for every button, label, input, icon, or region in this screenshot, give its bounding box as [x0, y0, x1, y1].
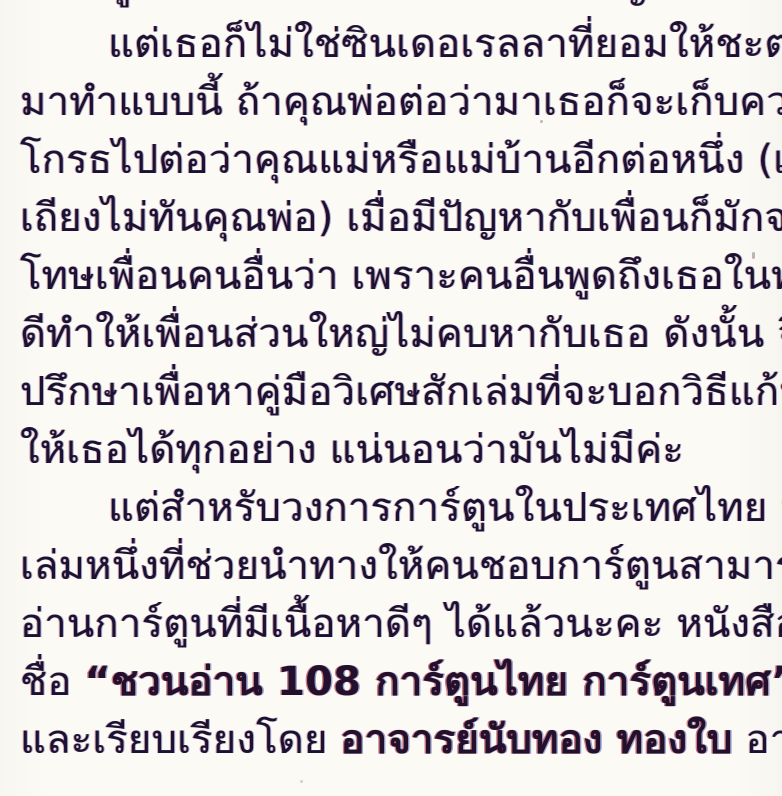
scan-speck: [752, 252, 755, 259]
clipped-text-line: ผู้เป็นหัวหน้าครอบครัวหน้าใหญ่ในบ้านนี้: [20, 0, 760, 15]
text-line: และเรียบเรียงโดย อาจารย์นับทอง ทองใบ อาจ…: [20, 711, 760, 769]
author-name: อาจารย์นับทอง ทองใบ: [341, 717, 733, 763]
text-segment: มาทำแบบนี้ ถ้าคุณพ่อต่อว่ามาเธอก็จะเก็บค…: [20, 79, 782, 125]
scan-speck: [300, 780, 303, 783]
text-line: ให้เธอได้ทุกอย่าง แน่นอนว่ามันไม่มีค่ะ: [20, 421, 760, 479]
text-line: เล่มหนึ่งที่ช่วยนำทางให้คนชอบการ์ตูนสามา…: [20, 537, 760, 595]
text-segment: อ่านการ์ตูนที่มีเนื้อหาดีๆ ได้แล้วนะคะ ห…: [20, 601, 782, 647]
scan-speck: [540, 120, 543, 123]
text-line: ปรึกษาเพื่อหาคู่มือวิเศษสักเล่มที่จะบอกว…: [20, 363, 760, 421]
text-segment: โทษเพื่อนคนอื่นว่า เพราะคนอื่นพูดถึงเธอใ…: [20, 253, 782, 299]
text-segment: ปรึกษาเพื่อหาคู่มือวิเศษสักเล่มที่จะบอกว…: [20, 369, 782, 415]
text-line: ชื่อ “ชวนอ่าน 108 การ์ตูนไทย การ์ตูนเทศ”…: [20, 653, 760, 711]
text-segment: อาจารย์: [733, 717, 782, 763]
text-line: แต่สำหรับวงการการ์ตูนในประเทศไทย มีคู่มื…: [20, 479, 760, 537]
text-line: อ่านการ์ตูนที่มีเนื้อหาดีๆ ได้แล้วนะคะ ห…: [20, 595, 760, 653]
text-line: มาทำแบบนี้ ถ้าคุณพ่อต่อว่ามาเธอก็จะเก็บค…: [20, 73, 760, 131]
clipped-text: ผู้เป็นหัวหน้าครอบครัวหน้าใหญ่ในบ้านนี้: [20, 0, 760, 13]
text-segment: ให้เธอได้ทุกอย่าง แน่นอนว่ามันไม่มีค่ะ: [20, 427, 684, 473]
text-segment: และเรียบเรียงโดย: [20, 717, 341, 763]
text-segment: เถียงไม่ทันคุณพ่อ) เมื่อมีปัญหากับเพื่อน…: [20, 195, 782, 241]
scanned-page: ผู้เป็นหัวหน้าครอบครัวหน้าใหญ่ในบ้านนี้ …: [0, 0, 782, 796]
text-segment: แต่เธอก็ไม่ใช่ซินเดอเรลลาที่ยอมให้ชะตากร…: [108, 21, 782, 67]
text-segment: แต่สำหรับวงการการ์ตูนในประเทศไทย มีคู่มื…: [108, 485, 782, 531]
text-segment: ดีทำให้เพื่อนส่วนใหญ่ไม่คบหากับเธอ ดังนั…: [20, 311, 782, 357]
book-title: “ชวนอ่าน 108 การ์ตูนไทย การ์ตูนเทศ”: [85, 659, 782, 705]
text-line: แต่เธอก็ไม่ใช่ซินเดอเรลลาที่ยอมให้ชะตากร…: [20, 15, 760, 73]
text-line: เถียงไม่ทันคุณพ่อ) เมื่อมีปัญหากับเพื่อน…: [20, 189, 760, 247]
text-line: โทษเพื่อนคนอื่นว่า เพราะคนอื่นพูดถึงเธอใ…: [20, 247, 760, 305]
text-line: ดีทำให้เพื่อนส่วนใหญ่ไม่คบหากับเธอ ดังนั…: [20, 305, 760, 363]
text-line: โกรธไปต่อว่าคุณแม่หรือแม่บ้านอีกต่อหนึ่ง…: [20, 131, 760, 189]
text-segment: เล่มหนึ่งที่ช่วยนำทางให้คนชอบการ์ตูนสามา…: [20, 543, 782, 589]
text-segment: โกรธไปต่อว่าคุณแม่หรือแม่บ้านอีกต่อหนึ่ง…: [20, 137, 782, 183]
text-segment: ชื่อ: [20, 659, 85, 705]
